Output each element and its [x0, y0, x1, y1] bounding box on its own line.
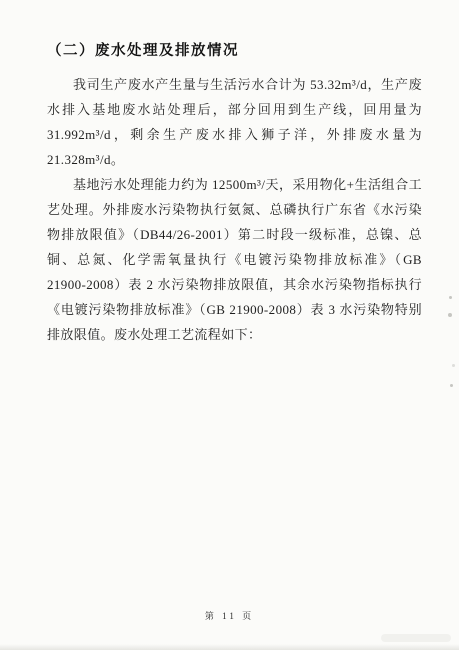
scan-noise-speck	[450, 384, 453, 387]
scan-noise-speck	[448, 313, 452, 317]
page-body: （二）废水处理及排放情况 我司生产废水产生量与生活污水合计为 53.32m³/d…	[47, 42, 422, 347]
paragraph-wastewater-volumes: 我司生产废水产生量与生活污水合计为 53.32m³/d，生产废水排入基地废水站处…	[47, 72, 422, 172]
scan-noise-speck	[452, 364, 455, 367]
scan-bottom-edge	[0, 644, 459, 650]
scan-smudge	[381, 634, 451, 642]
scan-noise-speck	[449, 296, 452, 299]
page-number: 第 11 页	[0, 609, 459, 622]
paragraph-treatment-standards: 基地污水处理能力约为 12500m³/天，采用物化+生活组合工艺处理。外排废水污…	[47, 172, 422, 347]
document-page: （二）废水处理及排放情况 我司生产废水产生量与生活污水合计为 53.32m³/d…	[0, 0, 459, 650]
section-heading: （二）废水处理及排放情况	[47, 42, 422, 60]
